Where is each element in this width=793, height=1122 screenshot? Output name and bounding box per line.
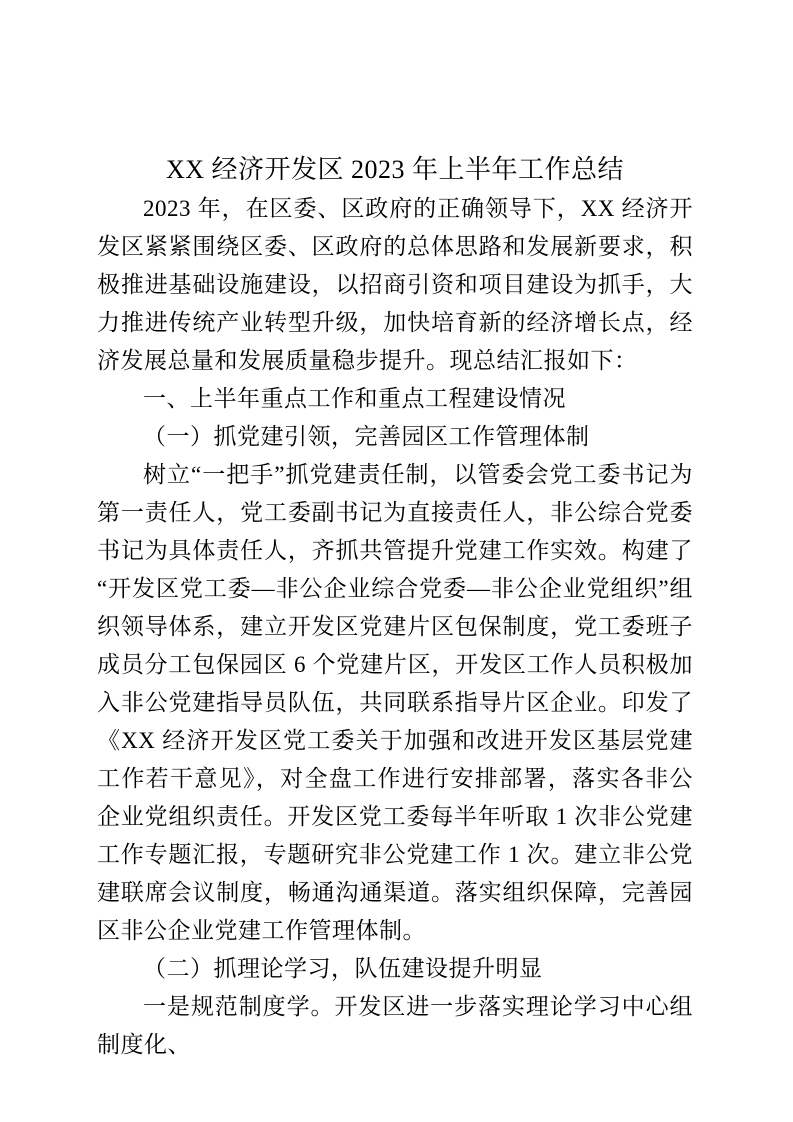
subsection-1-2-paragraph: 一是规范制度学。开发区进一步落实理论学习中心组制度化、 (97, 988, 693, 1064)
subsection-1-1-paragraph: 树立“一把手”抓党建责任制，以管委会党工委书记为第一责任人，党工委副书记为直接责… (97, 456, 693, 950)
document-page: XX 经济开发区 2023 年上半年工作总结 2023 年，在区委、区政府的正确… (0, 0, 793, 1122)
intro-paragraph: 2023 年，在区委、区政府的正确领导下，XX 经济开发区紧紧围绕区委、区政府的… (97, 190, 693, 380)
document-title: XX 经济开发区 2023 年上半年工作总结 (97, 150, 693, 190)
document-content: XX 经济开发区 2023 年上半年工作总结 2023 年，在区委、区政府的正确… (97, 150, 693, 1064)
subsection-1-1-heading: （一）抓党建引领，完善园区工作管理体制 (97, 418, 693, 456)
section-1-heading: 一、上半年重点工作和重点工程建设情况 (97, 380, 693, 418)
subsection-1-2-heading: （二）抓理论学习，队伍建设提升明显 (97, 950, 693, 988)
